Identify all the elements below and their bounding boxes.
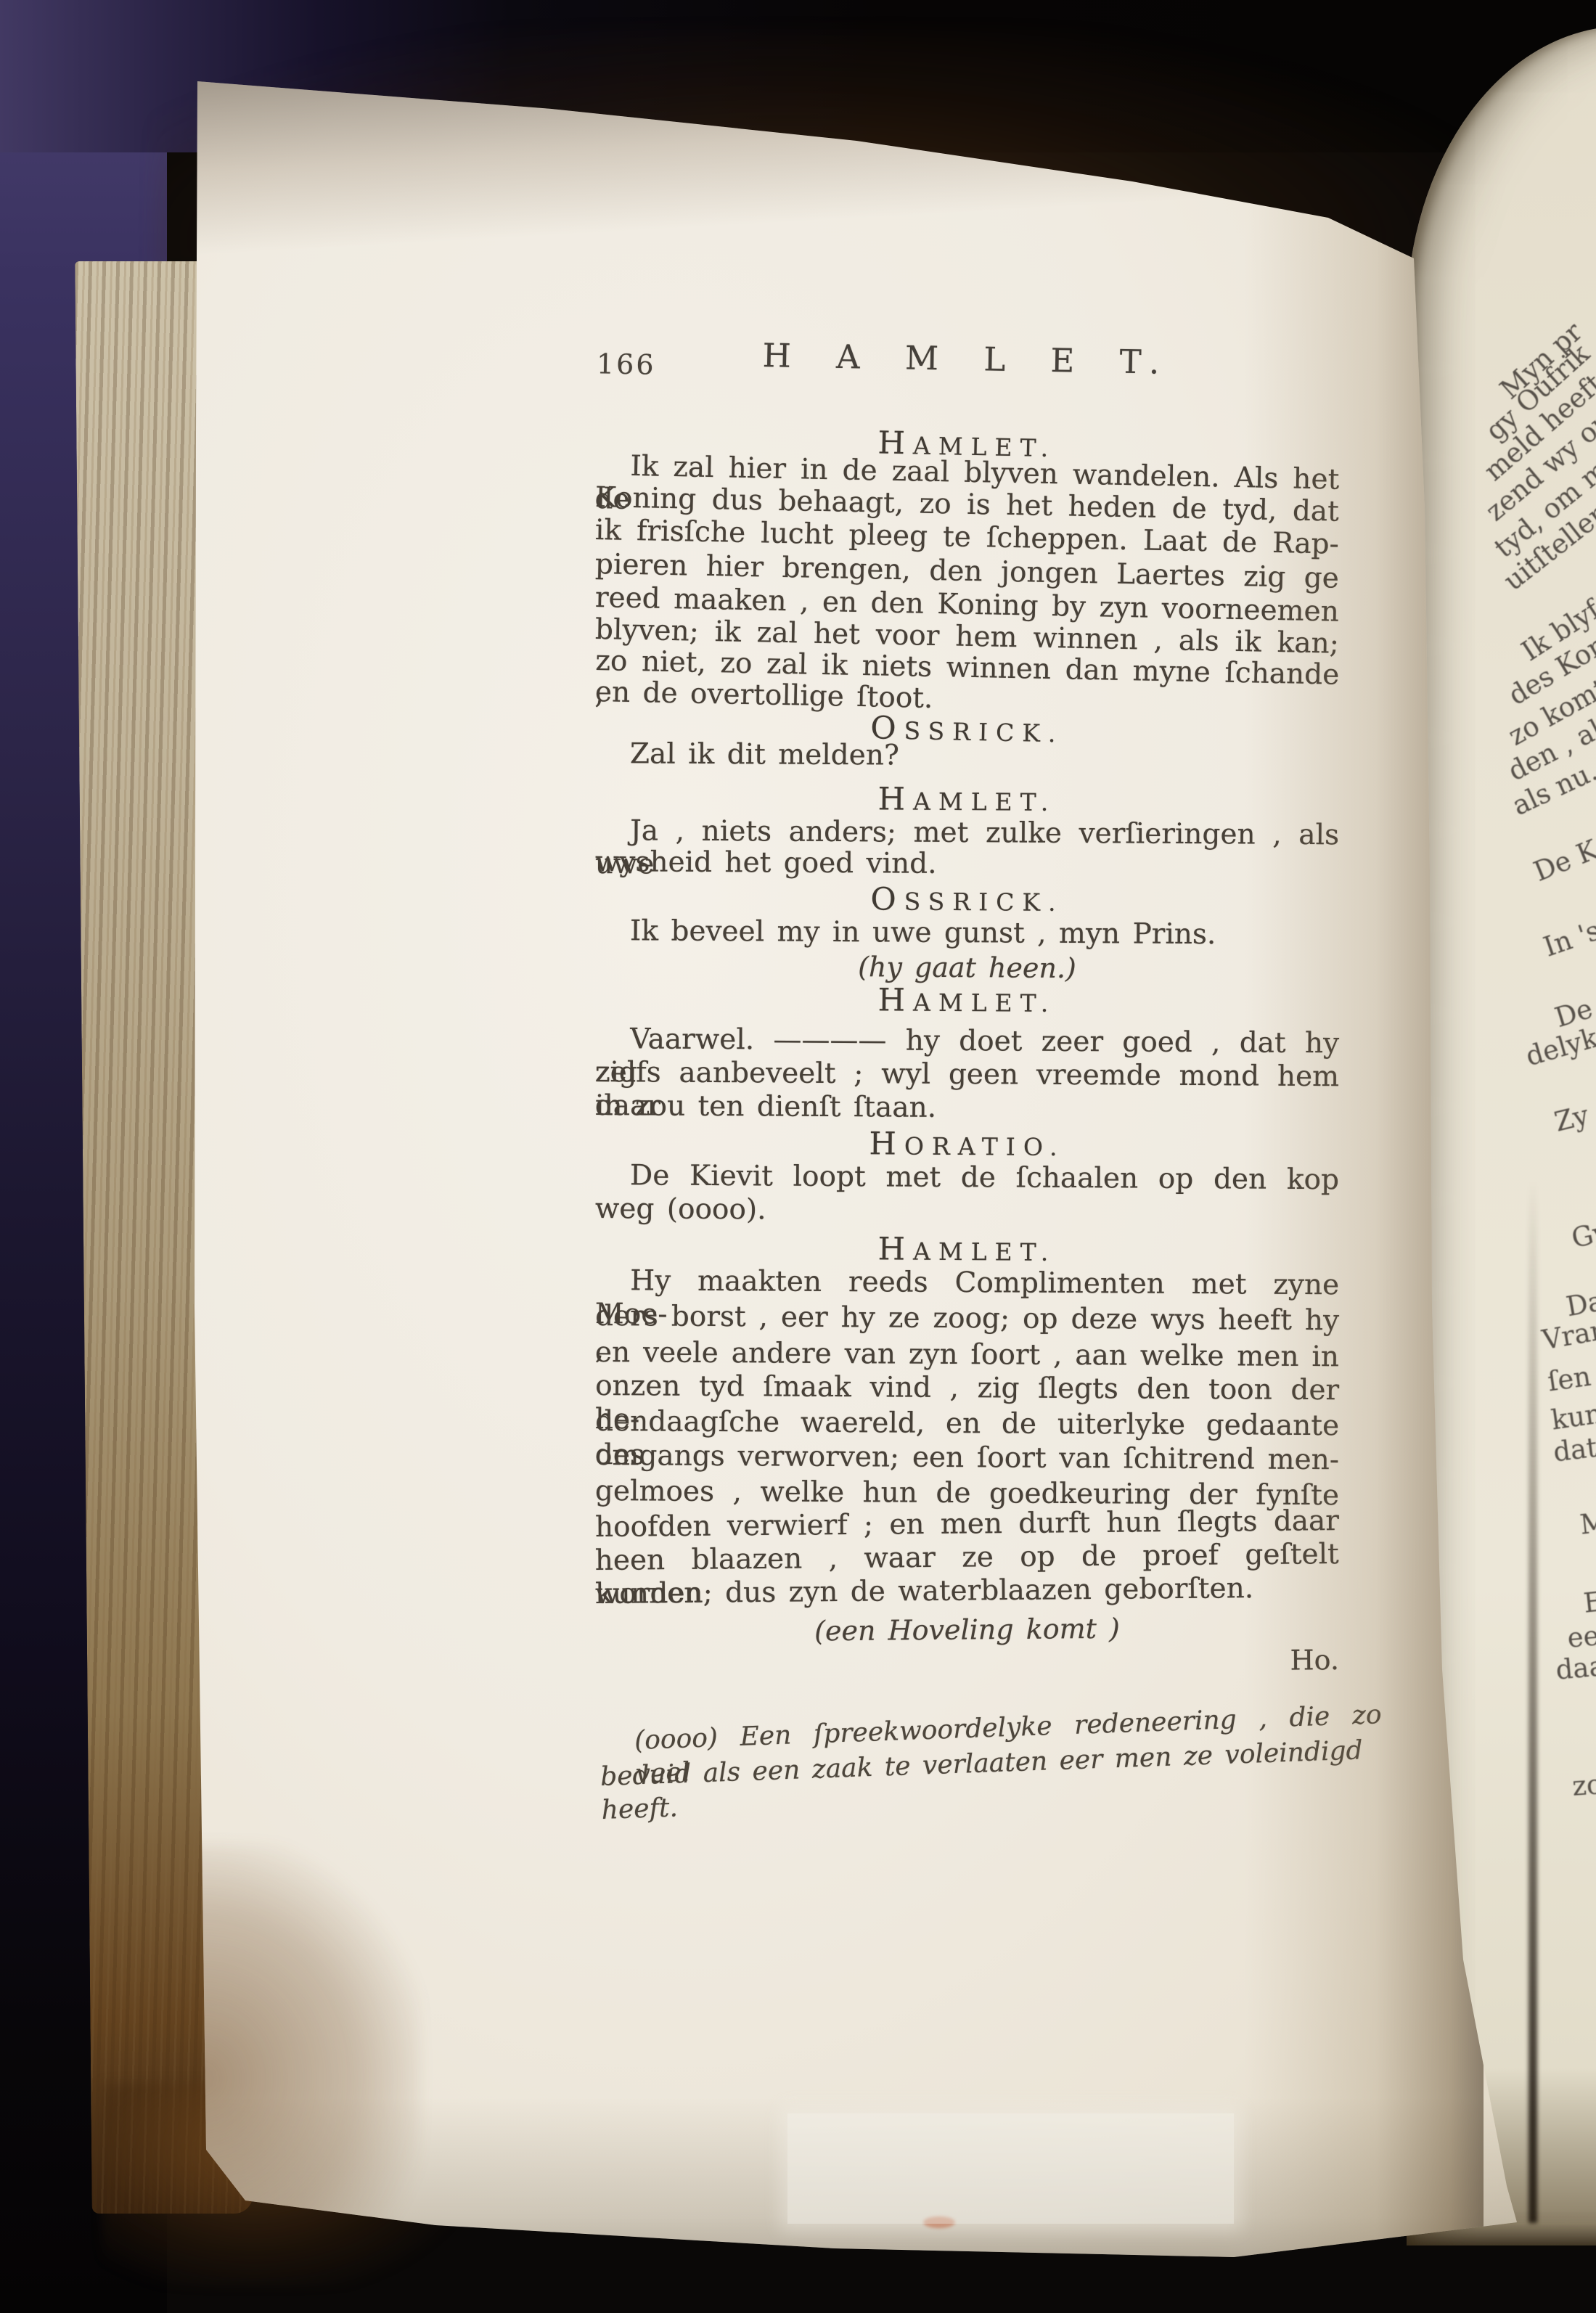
- facing-page-text-fragment: dat i: [1552, 1431, 1596, 1467]
- speaker-heading: Hamlet.: [595, 982, 1339, 1022]
- facing-page-text-fragment: daa: [1555, 1652, 1596, 1685]
- facing-page-text-fragment: E: [1582, 1587, 1596, 1618]
- running-title: H A M L E T.: [595, 333, 1340, 385]
- book-photo: Myn prgy Oufrikmeld heeftzend wy ontyd, …: [0, 0, 1596, 2313]
- book-page: 166 H A M L E T. Hamlet.Ik zal hier in d…: [0, 0, 1596, 2313]
- text-line: in zou ten dienſt ſtaan.: [595, 1089, 1339, 1127]
- facing-page-text-fragment: zo: [1571, 1770, 1596, 1801]
- stage-direction: (hy gaat heen.): [595, 949, 1339, 986]
- light-reflection-patch: [787, 2113, 1234, 2224]
- text-line: wysheid het goed vind.: [595, 846, 1339, 883]
- text-line: worden; dus zyn de waterblaazen geborſte…: [595, 1571, 1339, 1611]
- catchword: Ho.: [595, 1643, 1339, 1683]
- text-line: omgangs verworven; een ſoort van ſchitre…: [595, 1439, 1339, 1477]
- text-line: en veele andere van zyn ſoort , aan welk…: [595, 1336, 1339, 1374]
- facing-page-text-fragment: kunt: [1550, 1398, 1596, 1435]
- facing-page-text-fragment: een: [1566, 1620, 1596, 1653]
- text-line: Zal ik dit melden?: [595, 737, 1339, 775]
- text-line: weg (oooo).: [595, 1192, 1339, 1230]
- text-line: Ik beveel my in uwe gunst , myn Prins.: [595, 914, 1339, 952]
- facing-page-text-fragment: M: [1579, 1508, 1596, 1540]
- gutter-crease: [1529, 1180, 1537, 2223]
- text-line: De Kievit loopt met de ſchaalen op den k…: [595, 1159, 1339, 1197]
- facing-page-text-fragment: ſen ;: [1546, 1359, 1596, 1396]
